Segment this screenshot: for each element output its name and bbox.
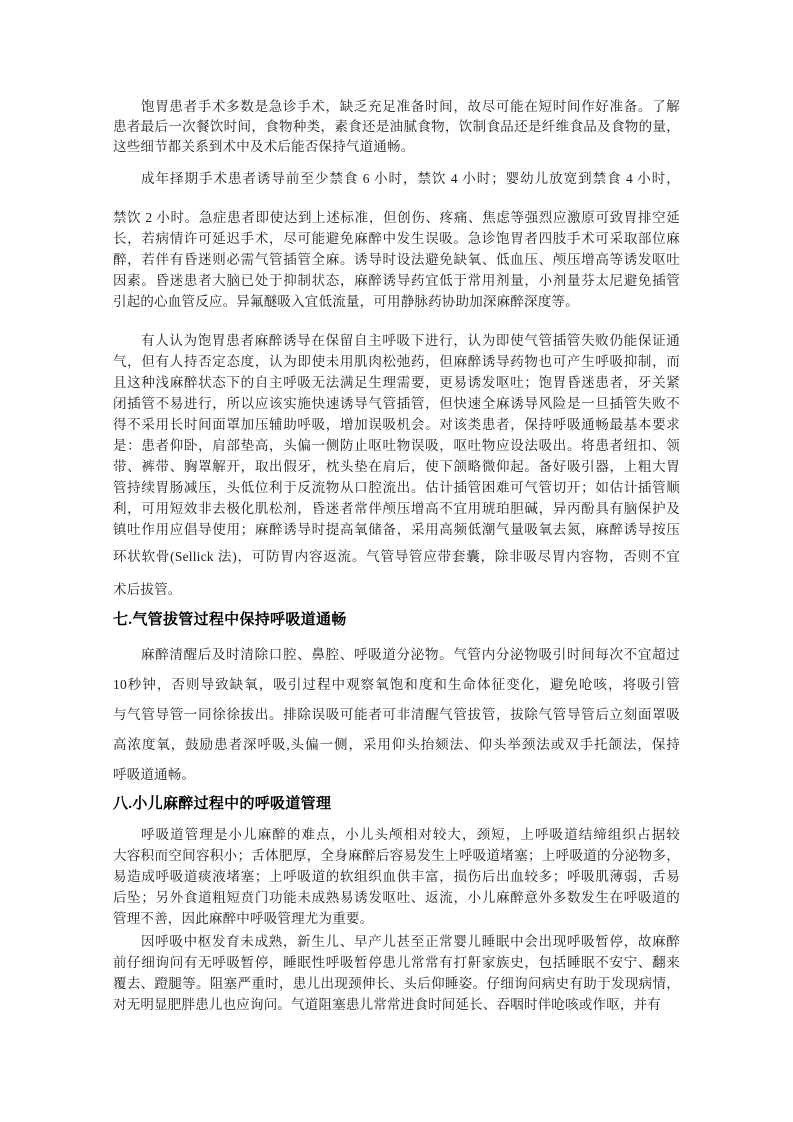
paragraph: 饱胃患者手术多数是急诊手术，缺乏充足准备时间，故尽可能在短时间作好准备。了解患者… <box>113 97 680 157</box>
text-line: 得不采用长时间面罩加压辅助呼吸，增加误吸机会。对该类患者，保持呼吸通畅最基本要求 <box>113 414 680 435</box>
text-line: 麻醉清醒后及时清除口腔、鼻腔、呼吸道分泌物。气管内分泌物吸引时间每次不宜超过 <box>113 640 680 670</box>
text-line: 管持续胃肠减压，头低位利于反流物从口腔流出。估计插管困难可气管切开；如估计插管顺 <box>113 477 680 498</box>
text-line: 后坠；另外食道粗短贲门功能未成熟易诱发呕吐、返流，小儿麻醉意外多数发生在呼吸道的 <box>113 887 680 908</box>
paragraph: 麻醉清醒后及时清除口腔、鼻腔、呼吸道分泌物。气管内分泌物吸引时间每次不宜超过10… <box>113 640 680 790</box>
document-page: 饱胃患者手术多数是急诊手术，缺乏充足准备时间，故尽可能在短时间作好准备。了解患者… <box>0 0 793 1122</box>
text-line: 是：患者仰卧，肩部垫高，头偏一侧防止呕吐物误吸，呕吐物应设法吸出。将患者纽扣、领 <box>113 435 680 456</box>
text-line: 因呼吸中枢发育未成熟，新生儿、早产儿甚至正常婴儿睡眠中会出现呼吸暂停，故麻醉 <box>113 931 680 952</box>
paragraph: 环状软骨(Sellick 法)，可防胃内容返流。气管导管应带套囊，除非吸尽胃内容… <box>113 540 680 606</box>
text-line: 带、裤带、胸罩解开，取出假牙，枕头垫在肩后，使下颌略微仰起。备好吸引器，上粗大胃 <box>113 456 680 477</box>
text-line: 对无明显肥胖患儿也应询问。气道阻塞患儿常常进食时间延长、吞咽时伴呛咳或作呕，并有 <box>113 994 680 1015</box>
text-line: 气，但有人持否定态度，认为即使未用肌肉松弛药，但麻醉诱导药物也可产生呼吸抑制，而 <box>113 351 680 372</box>
text-line: 患者最后一次餐饮时间，食物种类，素食还是油腻食物，饮制食品还是纤维食品及食物的量… <box>113 117 680 137</box>
text-line: 呼吸道管理是小儿麻醉的难点，小儿头颅相对较大，颈短，上呼吸道结缔组织占据较 <box>113 824 680 845</box>
text-line: 长，若病情许可延迟手术，尽可能避免麻醉中发生误吸。急诊饱胃者四肢手术可采取部位麻 <box>113 228 680 249</box>
text-line: 镇吐作用应倡导使用；麻醉诱导时提高氧储备，采用高频低潮气量吸氧去氮，麻醉诱导按压 <box>113 519 680 540</box>
section-heading: 七.气管拔管过程中保持呼吸道通畅 <box>113 608 680 632</box>
text-line: 与气管导管一同徐徐拔出。排除误吸可能者可非清醒气管拔管，拔除气管导管后立刻面罩吸 <box>113 700 680 730</box>
text-line: 易造成呼吸道痰液堵塞；上呼吸道的软组织血供丰富，损伤后出血较多；呼吸肌薄弱，舌易 <box>113 866 680 887</box>
text-line: 有人认为饱胃患者麻醉诱导在保留自主呼吸下进行，认为即使气管插管失败仍能保证通 <box>113 330 680 351</box>
section-heading: 八.小儿麻醉过程中的呼吸道管理 <box>113 792 680 816</box>
paragraph: 成年择期手术患者诱导前至少禁食 6 小时，禁饮 4 小时；婴幼儿放宽到禁食 4 … <box>113 169 680 189</box>
text-line: 引起的心血管反应。异氟醚吸入宜低流量，可用静脉药协助加深麻醉深度等。 <box>113 291 680 312</box>
paragraph: 呼吸道管理是小儿麻醉的难点，小儿头颅相对较大，颈短，上呼吸道结缔组织占据较大容积… <box>113 824 680 929</box>
paragraph: 有人认为饱胃患者麻醉诱导在保留自主呼吸下进行，认为即使气管插管失败仍能保证通气，… <box>113 330 680 540</box>
text-line: 10秒钟，否则导致缺氧，吸引过程中观察氧饱和度和生命体征变化，避免呛咳，将吸引管 <box>113 670 680 700</box>
paragraph: 因呼吸中枢发育未成熟，新生儿、早产儿甚至正常婴儿睡眠中会出现呼吸暂停，故麻醉前仔… <box>113 931 680 1015</box>
text-line: 禁饮 2 小时。急症患者即使达到上述标准，但创伤、疼痛、焦虑等强烈应激原可致胃排… <box>113 207 680 228</box>
text-line: 这些细节都关系到术中及术后能否保持气道通畅。 <box>113 137 680 157</box>
text-line: 呼吸道通畅。 <box>113 760 680 790</box>
text-line: 饱胃患者手术多数是急诊手术，缺乏充足准备时间，故尽可能在短时间作好准备。了解 <box>113 97 680 117</box>
text-line: 大容积而空间容积小；舌体肥厚，全身麻醉后容易发生上呼吸道堵塞；上呼吸道的分泌物多… <box>113 845 680 866</box>
text-line: 前仔细询问有无呼吸暂停，睡眠性呼吸暂停患儿常常有打鼾家族史，包括睡眠不安宁、翻来 <box>113 952 680 973</box>
text-line: 闭插管不易进行，所以应该实施快速诱导气管插管，但快速全麻诱导风险是一旦插管失败不 <box>113 393 680 414</box>
text-line: 高浓度氧，鼓励患者深呼吸,头偏一侧，采用仰头抬颏法、仰头举颈法或双手托颌法，保持 <box>113 730 680 760</box>
text-line: 且这种浅麻醉状态下的自主呼吸无法满足生理需要，更易诱发呕吐；饱胃昏迷患者，牙关紧 <box>113 372 680 393</box>
text-line: 因素。昏迷患者大脑已处于抑制状态，麻醉诱导药宜低于常用剂量，小剂量芬太尼避免插管 <box>113 270 680 291</box>
text-line: 醉，若伴有昏迷则必需气管插管全麻。诱导时设法避免缺氧、低血压、颅压增高等诱发呕吐 <box>113 249 680 270</box>
text-line: 利，可用短效非去极化肌松剂，昏迷者常伴颅压增高不宜用琥珀胆碱，异丙酚具有脑保护及 <box>113 498 680 519</box>
text-line: 成年择期手术患者诱导前至少禁食 6 小时，禁饮 4 小时；婴幼儿放宽到禁食 4 … <box>113 169 680 189</box>
text-line: 术后拔管。 <box>113 573 680 606</box>
text-line: 管理不善，因此麻醉中呼吸管理尤为重要。 <box>113 908 680 929</box>
text-line: 环状软骨(Sellick 法)，可防胃内容返流。气管导管应带套囊，除非吸尽胃内容… <box>113 540 680 573</box>
text-line: 覆去、蹬腿等。阻塞严重时，患儿出现颈伸长、头后仰睡姿。仔细询问病史有助于发现病情… <box>113 973 680 994</box>
paragraph: 禁饮 2 小时。急症患者即使达到上述标准，但创伤、疼痛、焦虑等强烈应激原可致胃排… <box>113 207 680 312</box>
